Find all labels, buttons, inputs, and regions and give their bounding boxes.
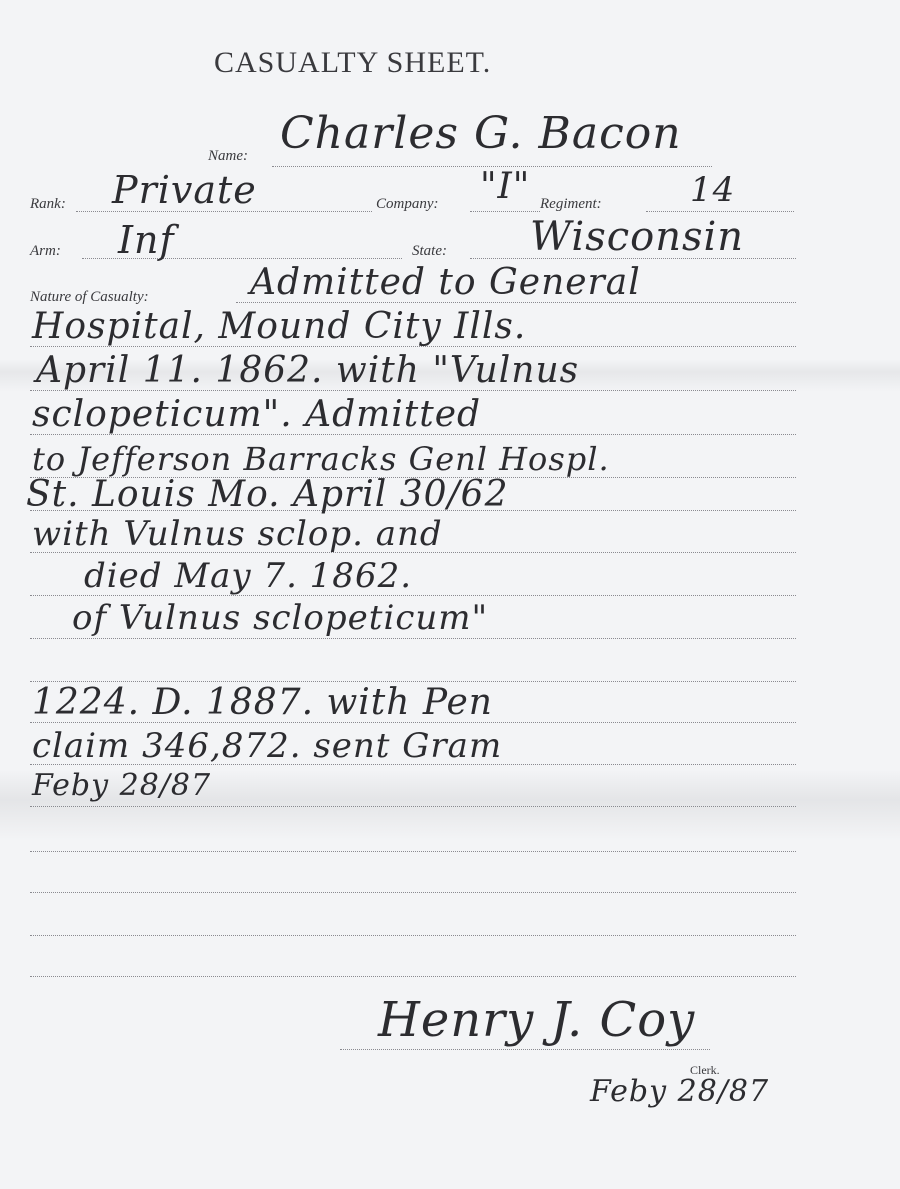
- company-label: Company:: [376, 196, 439, 213]
- nature-line-8: died May 7. 1862.: [84, 556, 412, 596]
- regiment-value: 14: [690, 170, 735, 210]
- signature-date: Feby 28/87: [590, 1074, 769, 1109]
- state-value: Wisconsin: [530, 214, 744, 260]
- nature-line-5: to Jefferson Barracks Genl Hospl.: [32, 440, 610, 478]
- nature-rule-15: [30, 892, 796, 893]
- nature-rule-9: [30, 638, 796, 639]
- nature-line-3: April 11. 1862. with "Vulnus: [36, 350, 579, 391]
- nature-line-1: Admitted to General: [250, 262, 641, 303]
- nature-rule-17: [30, 976, 796, 977]
- rank-label: Rank:: [30, 196, 66, 213]
- nature-line-11: 1224. D. 1887. with Pen: [32, 682, 493, 723]
- clerk-signature: Henry J. Coy: [378, 992, 695, 1048]
- nature-label: Nature of Casualty:: [30, 289, 149, 306]
- nature-line-7: with Vulnus sclop. and: [32, 514, 443, 554]
- nature-line-6: St. Louis Mo. April 30/62: [26, 474, 508, 515]
- nature-line-4: sclopeticum". Admitted: [32, 394, 481, 435]
- nature-rule-14: [30, 851, 796, 852]
- state-label: State:: [412, 243, 447, 260]
- nature-line-13: Feby 28/87: [32, 768, 211, 803]
- regiment-label: Regiment:: [540, 196, 602, 213]
- company-value: "I": [480, 166, 530, 207]
- rank-value: Private: [112, 168, 257, 212]
- nature-line-2: Hospital, Mound City Ills.: [32, 306, 526, 347]
- regiment-rule: [646, 211, 794, 212]
- sheet-title: CASUALTY SHEET.: [214, 46, 491, 80]
- casualty-sheet-document: CASUALTY SHEET. Name: Charles G. Bacon R…: [0, 0, 900, 1189]
- company-rule: [470, 211, 540, 212]
- nature-line-9: of Vulnus sclopeticum": [72, 598, 488, 638]
- signature-rule: [340, 1049, 710, 1050]
- arm-label: Arm:: [30, 243, 61, 260]
- nature-rule-16: [30, 935, 796, 936]
- arm-value: Inf: [118, 218, 175, 262]
- name-label: Name:: [208, 148, 248, 165]
- name-value: Charles G. Bacon: [280, 108, 682, 159]
- nature-line-12: claim 346,872. sent Gram: [32, 726, 502, 766]
- nature-rule-13: [30, 806, 796, 807]
